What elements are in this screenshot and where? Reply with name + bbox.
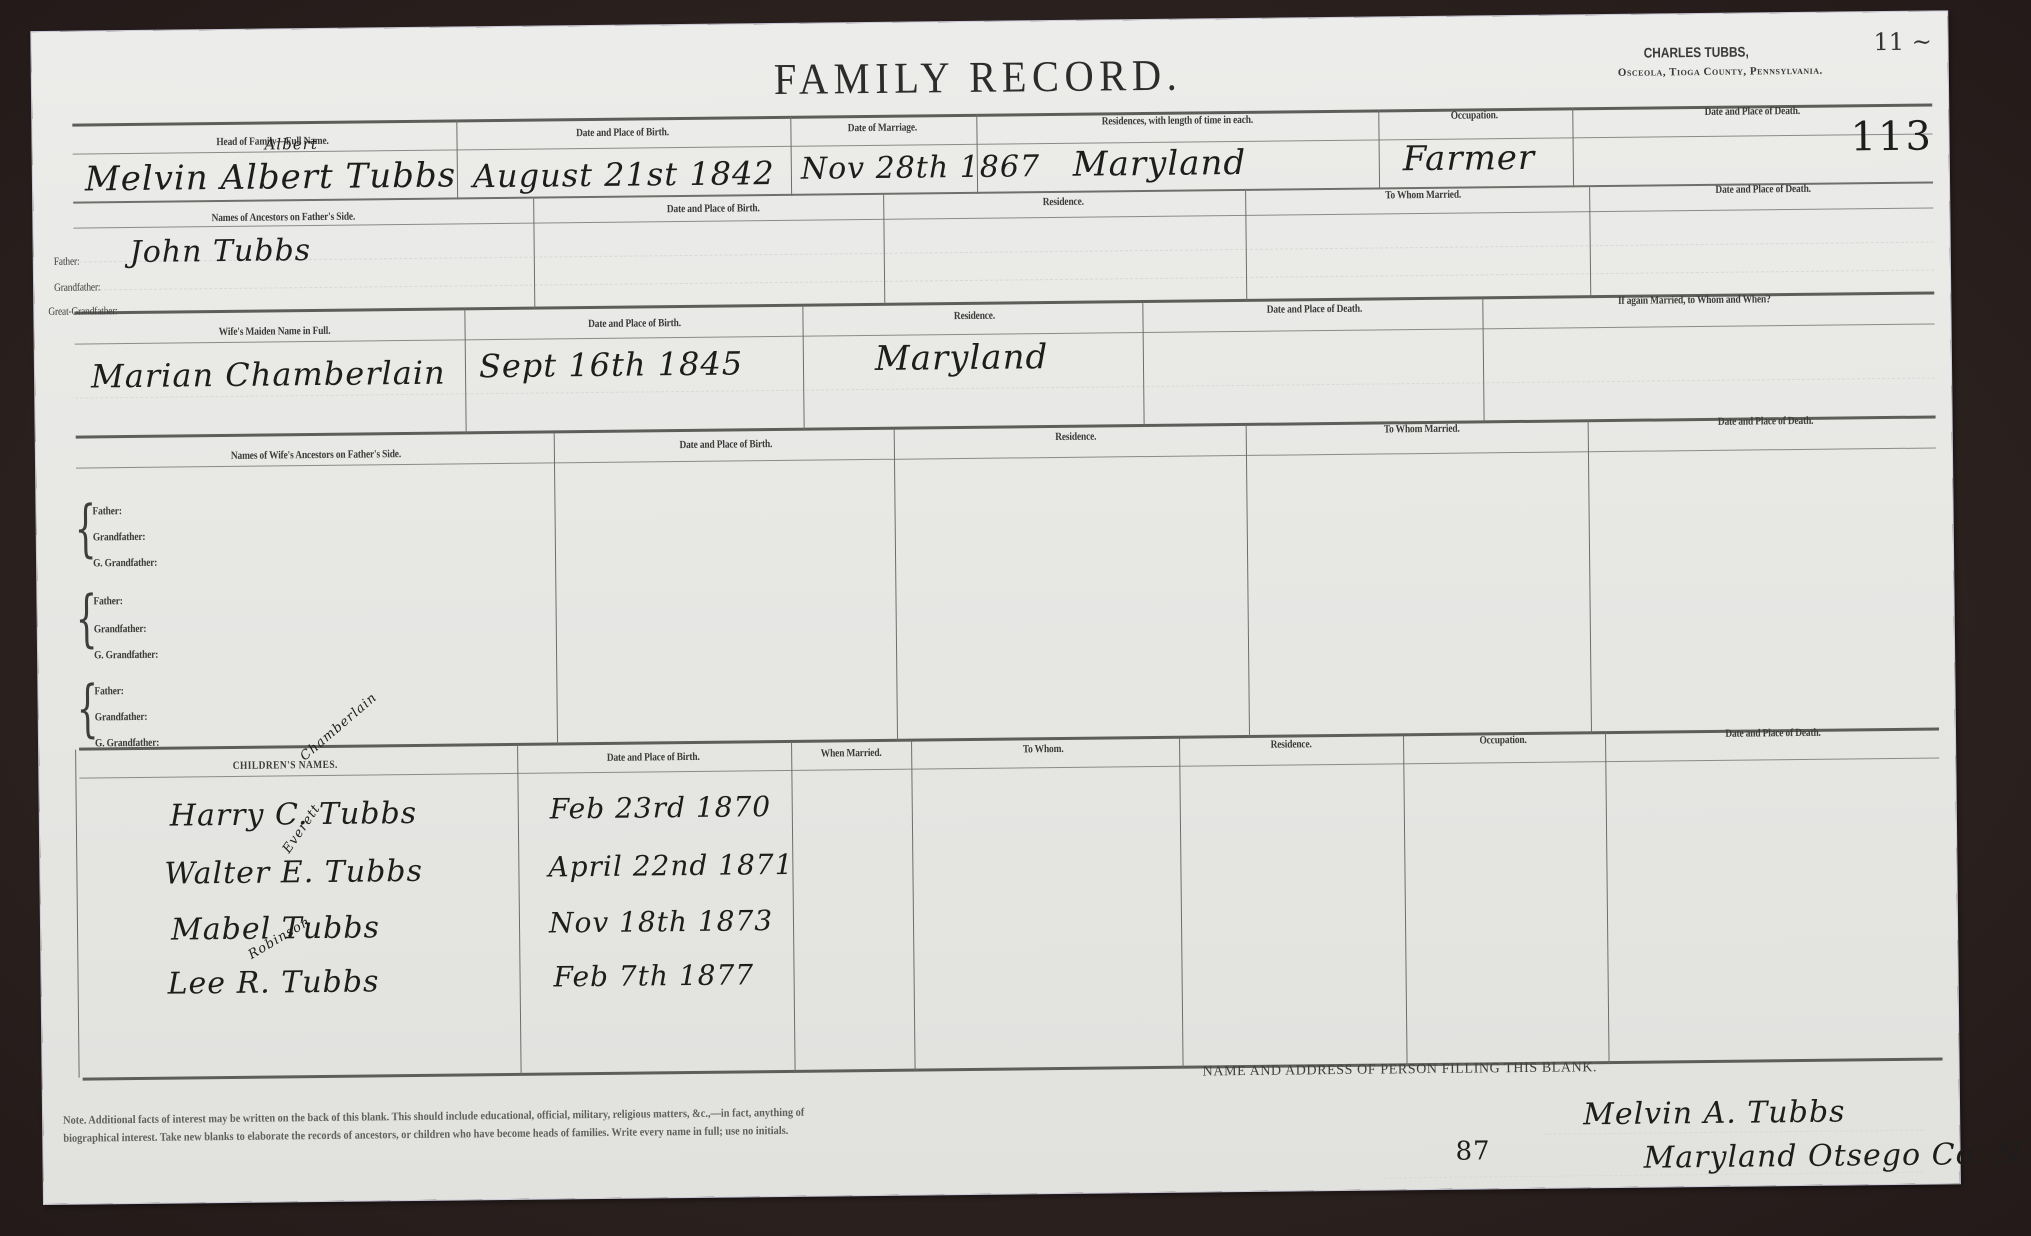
child-name: Walter E. Tubbs <box>164 854 423 892</box>
header-head-marriage: Date of Marriage. <box>848 121 917 134</box>
col-divider <box>1245 191 1247 301</box>
label-father: Father: <box>54 256 80 268</box>
head-occupation-value: Farmer <box>1403 138 1536 179</box>
header-wife-remarried: If again Married, to Whom and When? <box>1618 293 1771 307</box>
table-row: Mabel Tubbs Nov 18th 1873 <box>31 11 1947 32</box>
rule <box>83 1057 1943 1080</box>
table-row: Walter E. Tubbs Everett April 22nd 1871 <box>31 11 1947 32</box>
family-record-sheet: FAMILY RECORD. CHARLES TUBBS, Osceola, T… <box>31 11 1960 1204</box>
header-head-death: Date and Place of Death. <box>1704 105 1800 118</box>
label-father: Father: <box>93 595 122 607</box>
publisher-name: CHARLES TUBBS, <box>1644 43 1749 60</box>
footer-note: Note. Additional facts of interest may b… <box>63 1103 855 1148</box>
header-head-occupation: Occupation. <box>1451 109 1498 122</box>
col-divider <box>1605 733 1610 1063</box>
col-divider <box>883 195 885 305</box>
col-divider <box>1482 298 1484 422</box>
head-name-value: Melvin Albert Tubbs <box>85 155 457 199</box>
header-wife-birth: Date and Place of Birth. <box>588 317 681 330</box>
writing-line <box>74 269 1934 290</box>
header-head-residences: Residences, with length of time in each. <box>1102 114 1253 128</box>
header-ancestors-residence: Residence. <box>1043 196 1084 208</box>
filler-label: NAME AND ADDRESS OF PERSON FILLING THIS … <box>1203 1060 1598 1080</box>
col-divider <box>456 119 458 199</box>
header-head-birth: Date and Place of Birth. <box>576 126 669 139</box>
table-border <box>75 750 80 1078</box>
header-wife-ancestors-names: Names of Wife's Ancestors on Father's Si… <box>231 448 401 462</box>
head-marriage-value: Nov 28th 1867 <box>801 149 1041 187</box>
wife-birth-value: Sept 16th 1845 <box>479 344 744 385</box>
col-divider <box>533 199 535 309</box>
header-wife-ancestors-death: Date and Place of Death. <box>1718 415 1814 428</box>
child-birth: Feb 23rd 1870 <box>550 790 772 825</box>
col-divider <box>790 116 792 196</box>
label-grandfather: Grandfather: <box>94 623 147 636</box>
writing-line <box>74 241 1934 262</box>
col-divider <box>894 429 898 741</box>
col-divider <box>1378 109 1380 189</box>
filler-address: Maryland Otsego Co. N.Y. <box>1643 1136 2031 1175</box>
header-wife-ancestors-married: To Whom Married. <box>1384 423 1460 436</box>
child-birth: Nov 18th 1873 <box>549 904 774 939</box>
label-g-grandfather: G. Grandfather: <box>93 557 157 570</box>
publisher-address: Osceola, Tioga County, Pennsylvania. <box>1618 65 1823 79</box>
col-divider <box>554 432 558 744</box>
label-father: Father: <box>94 685 123 697</box>
head-residence-value: Maryland <box>1073 143 1247 185</box>
rule <box>76 415 1936 438</box>
header-ancestors-married: To Whom Married. <box>1385 189 1461 202</box>
label-father: Father: <box>92 505 121 517</box>
header-children-birth: Date and Place of Birth. <box>607 751 700 764</box>
corner-mark: 11 ~ <box>1873 28 1932 57</box>
table-row: Harry C. Tubbs Chamberlain Feb 23rd 1870 <box>31 11 1947 32</box>
father-name-value: John Tubbs <box>130 233 312 270</box>
col-divider <box>802 306 804 430</box>
label-grandfather: Grandfather: <box>95 711 148 724</box>
header-wife-death: Date and Place of Death. <box>1267 303 1363 316</box>
header-children-residence: Residence. <box>1270 738 1311 750</box>
child-name-insert: Chamberlain <box>297 690 380 764</box>
label-great-grandfather: Great-Grandfather: <box>48 305 118 318</box>
filler-name: Melvin A. Tubbs <box>1583 1095 1846 1133</box>
label-grandfather: Grandfather: <box>54 281 100 293</box>
page-title: FAMILY RECORD. <box>774 50 1183 105</box>
rule <box>79 757 1939 778</box>
col-divider <box>1572 107 1574 187</box>
header-children-names: CHILDREN'S NAMES. <box>233 759 338 772</box>
label-g-grandfather: G. Grandfather: <box>94 649 158 662</box>
header-wife-residence: Residence. <box>954 310 995 322</box>
filler-number: 87 <box>1455 1136 1490 1166</box>
header-children-to-whom: To Whom. <box>1023 743 1064 755</box>
col-divider <box>1589 187 1591 297</box>
record-number: 113 <box>1850 113 1933 160</box>
header-wife-name: Wife's Maiden Name in Full. <box>219 325 331 338</box>
label-g-grandfather: G. Grandfather: <box>95 737 159 750</box>
col-divider <box>1179 738 1184 1068</box>
wife-name-value: Marian Chamberlain <box>91 354 446 396</box>
child-birth: Feb 7th 1877 <box>553 958 754 993</box>
col-divider <box>791 742 796 1072</box>
col-divider <box>1142 302 1144 426</box>
rule <box>72 104 1932 127</box>
child-birth: April 22nd 1871 <box>548 848 793 884</box>
wife-residence-value: Maryland <box>875 337 1049 379</box>
header-ancestors-death: Date and Place of Death. <box>1715 183 1811 196</box>
head-name-insert: Albert <box>264 135 318 154</box>
header-wife-ancestors-residence: Residence. <box>1055 431 1096 443</box>
col-divider <box>911 741 916 1071</box>
col-divider <box>1588 421 1592 733</box>
col-divider <box>517 745 522 1075</box>
head-birth-value: August 21st 1842 <box>473 154 775 195</box>
header-children-when-married: When Married. <box>821 747 882 760</box>
col-divider <box>1403 735 1408 1065</box>
label-grandfather: Grandfather: <box>93 531 146 544</box>
table-row: Lee R. Tubbs Robinson Feb 7th 1877 <box>31 11 1947 32</box>
col-divider <box>1246 425 1250 737</box>
header-ancestors-names: Names of Ancestors on Father's Side. <box>211 211 355 225</box>
rule <box>79 727 1939 750</box>
header-children-death: Date and Place of Death. <box>1725 727 1821 740</box>
header-children-occupation: Occupation. <box>1479 734 1526 747</box>
header-ancestors-birth: Date and Place of Birth. <box>667 202 760 215</box>
child-name: Lee R. Tubbs <box>167 964 379 1001</box>
header-wife-ancestors-birth: Date and Place of Birth. <box>679 438 772 451</box>
col-divider <box>464 309 466 433</box>
